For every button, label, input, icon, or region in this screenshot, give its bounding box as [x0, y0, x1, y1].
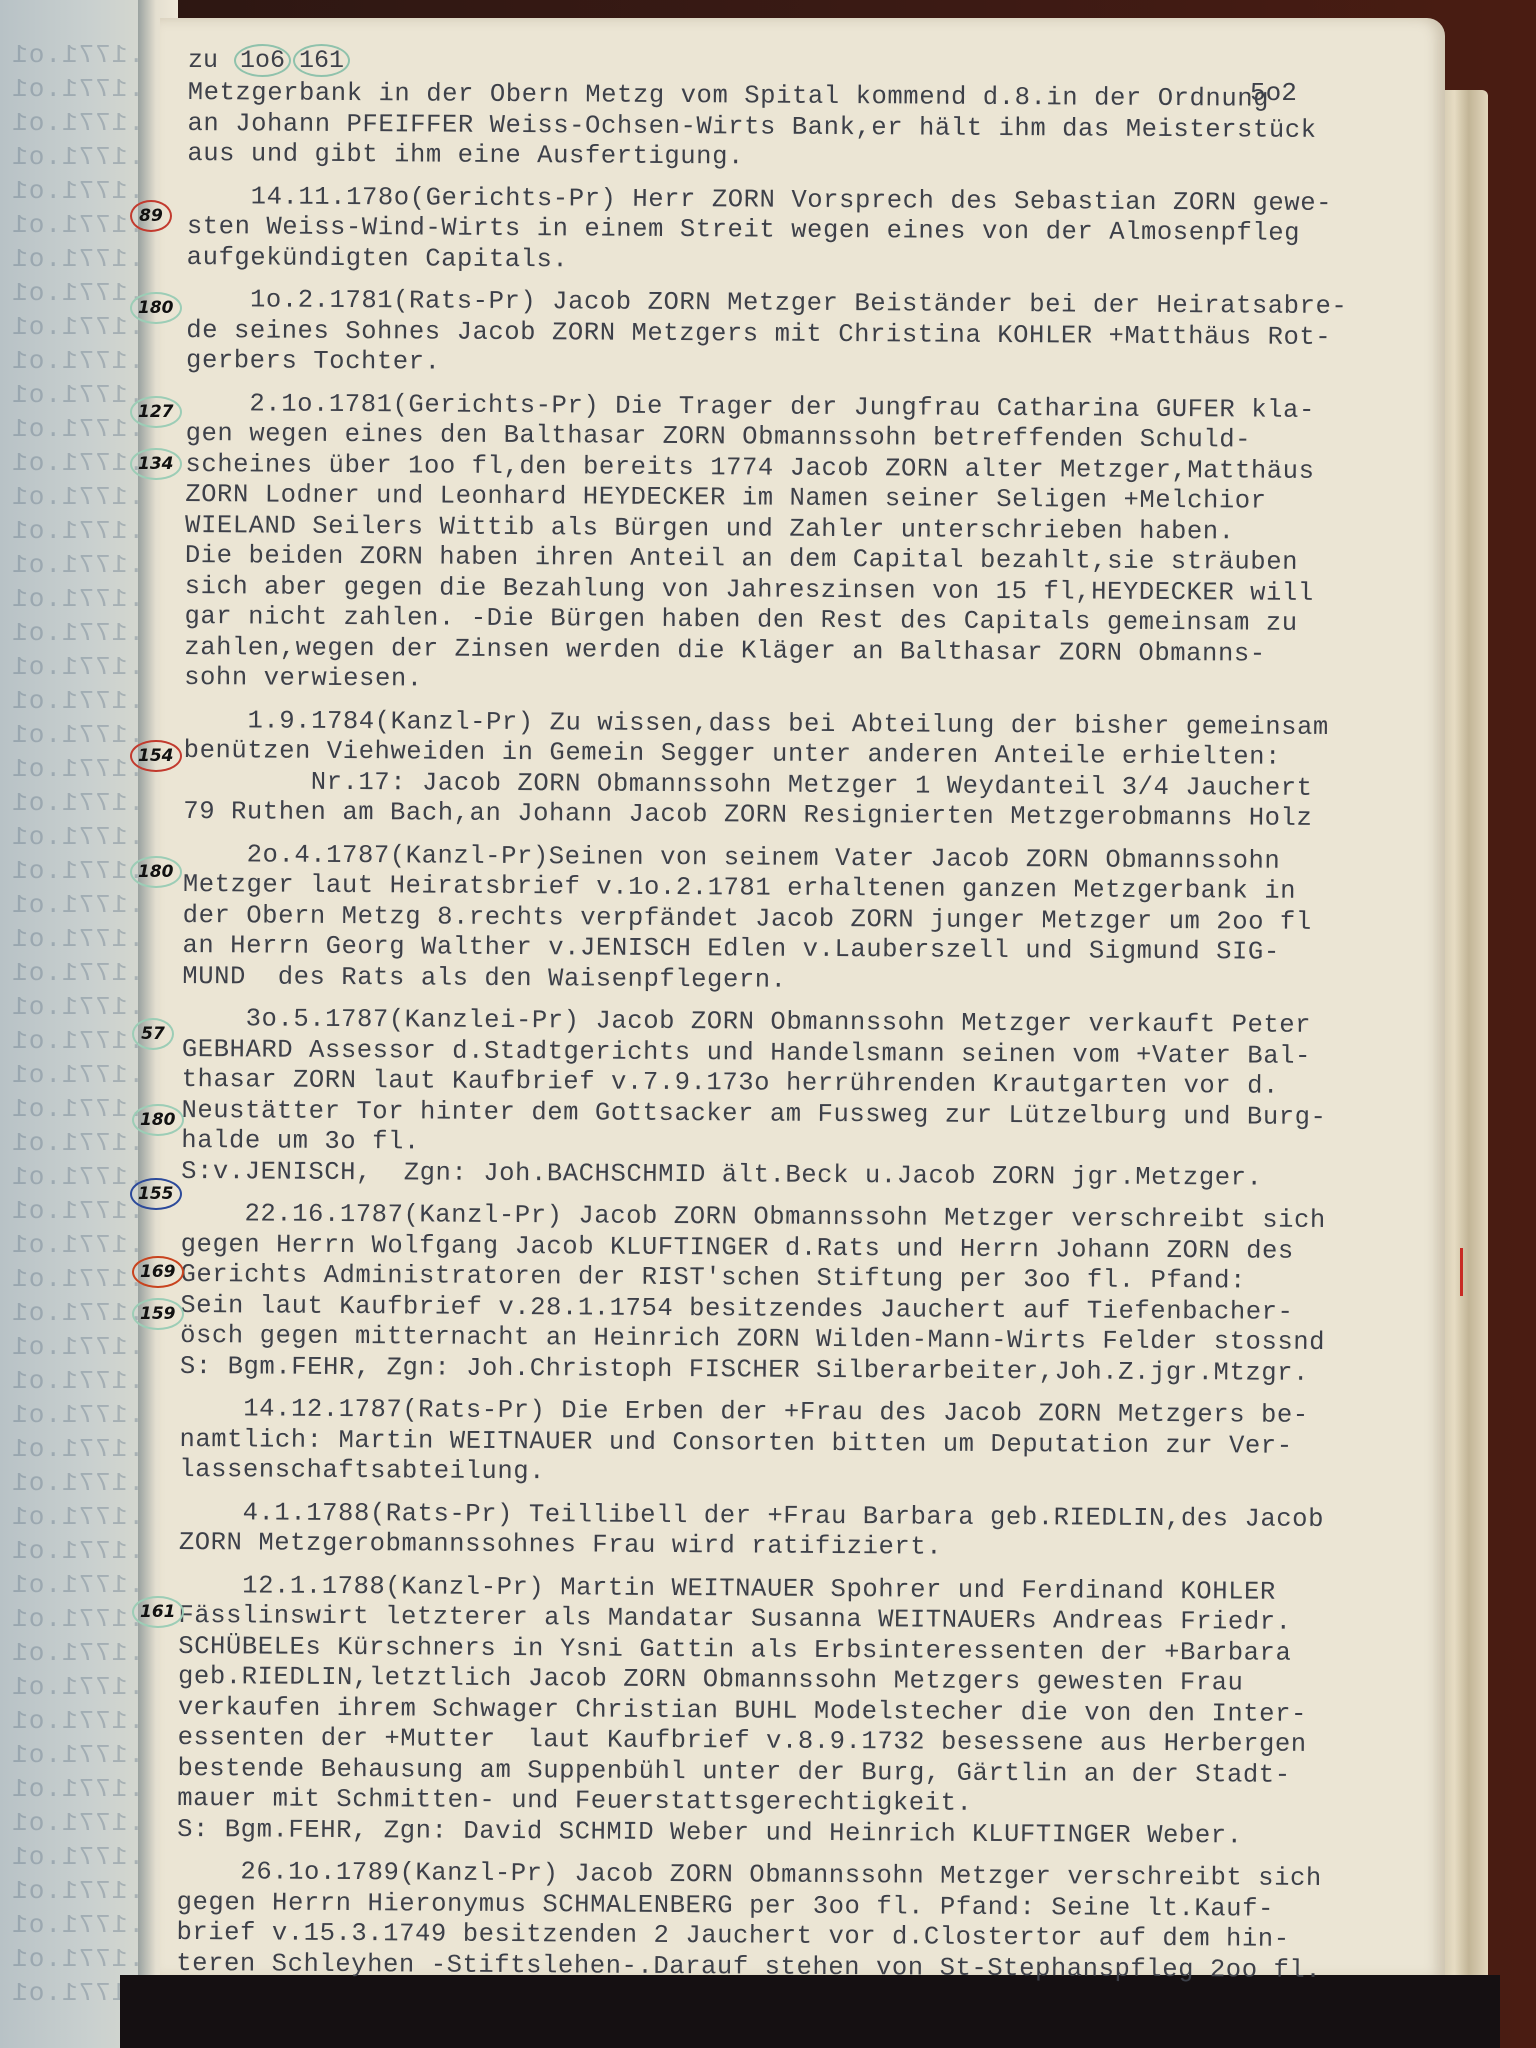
- margin-annotation: 155: [130, 1178, 182, 1210]
- margin-annotation: 180: [130, 856, 182, 888]
- margin-annotation: 89: [130, 200, 172, 232]
- margin-annotation: 154: [130, 740, 182, 772]
- margin-annotation: 57: [132, 1018, 174, 1050]
- margin-annotation: 169: [132, 1256, 184, 1288]
- margin-annotation: 180: [132, 1104, 184, 1136]
- facing-page-bleedthrough: .1771.o1.1771.o1.1771.o1.1771.o1.1771.o1…: [0, 0, 150, 2048]
- margin-annotation: 159: [132, 1298, 184, 1330]
- red-margin-mark: [1460, 1248, 1463, 1296]
- margin-annotation: 161: [132, 1596, 184, 1628]
- page-stack-edges: [1440, 90, 1488, 1990]
- margin-annotation: 127: [130, 396, 182, 428]
- margin-annotation: 134: [130, 448, 182, 480]
- margin-annotation: 180: [130, 292, 182, 324]
- document-body: Metzgerbank in der Obern Metzg vom Spita…: [176, 48, 1448, 1987]
- bottom-shadow: [120, 1975, 1500, 2048]
